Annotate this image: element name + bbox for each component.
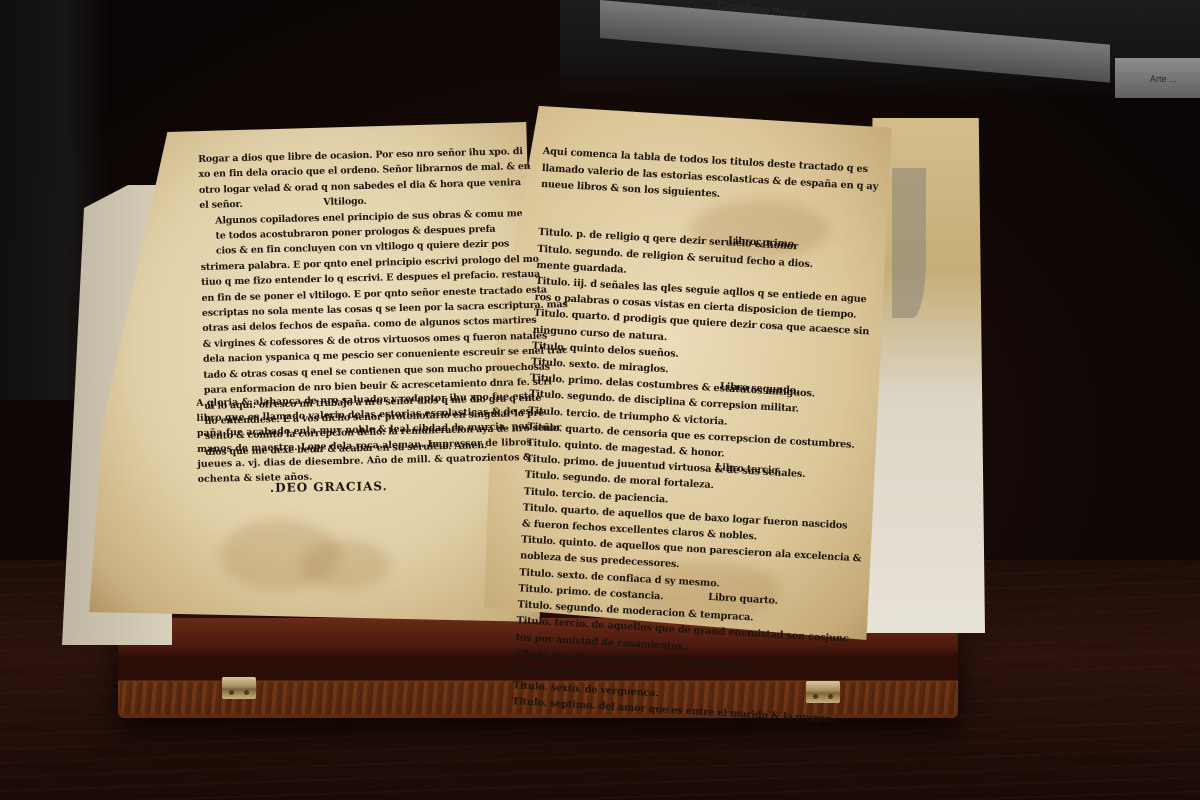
paper-stain — [300, 540, 390, 590]
toc-intro: Aqui comenca la tabla de todos los titul… — [540, 144, 879, 211]
toc-entries: Titulo. p. de religio q qere dezir serui… — [512, 225, 875, 729]
toc-book-label: Libro. primo. — [728, 234, 798, 254]
toc-book-label: Libro quarto. — [708, 590, 779, 610]
colophon-text: A gloria & alabanca de nro saluador y re… — [196, 389, 536, 487]
cover-damage — [892, 168, 926, 318]
left-hinge-icon — [222, 677, 256, 699]
toc-book-label: Libro tercio. — [715, 460, 781, 480]
shelf-label-right: Arte ... — [1150, 74, 1177, 84]
toc-entry-title: mente guardada. — [536, 260, 627, 276]
toc-book-label: Libro segundo. — [719, 379, 799, 400]
deo-gracias-motto: .DEO GRACIAS. — [270, 479, 388, 495]
right-page-table-of-contents: Aqui comenca la tabla de todos los titul… — [511, 112, 882, 746]
